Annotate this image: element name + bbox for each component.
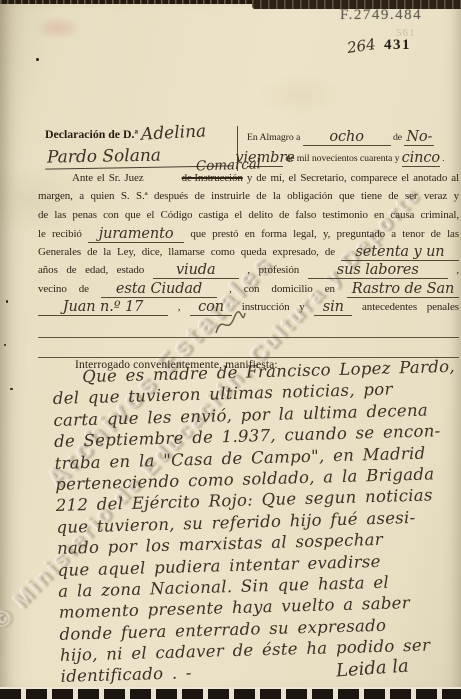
handwritten-text: viuda xyxy=(176,264,216,278)
handwritten-folio-number: 264 xyxy=(346,35,377,57)
blank-rule-line xyxy=(38,338,459,358)
printed-text: le recibió xyxy=(38,228,88,240)
ink-speck xyxy=(6,300,8,303)
struck-text: Comarcalde Instrucción xyxy=(148,172,243,184)
printed-text: , xyxy=(168,301,190,313)
handwritten-text: juramento xyxy=(99,228,174,242)
declarant-first-name: Adelina xyxy=(141,121,207,144)
printed-text: y de mí, el Secretario, comparece el ano… xyxy=(243,172,459,184)
handwritten-text: setenta y un xyxy=(355,246,444,260)
printed-text: , profesión xyxy=(239,264,308,276)
form-line: vecino de esta Ciudad , con domicilio en… xyxy=(38,282,459,300)
month-start-fill: No- xyxy=(404,131,434,146)
handwritten-fill: Juan n.º 17 xyxy=(38,301,168,316)
handwritten-correction: Comarcal xyxy=(161,156,260,175)
form-line: le recibió juramento que prestó en forma… xyxy=(38,227,459,245)
printed-folio-number: 431 xyxy=(384,37,411,54)
archive-reference-stamp: F.2749.484 xyxy=(340,7,422,24)
handwritten-text: sin xyxy=(323,301,344,315)
form-line: años de edad, estado viuda , profesión s… xyxy=(38,263,459,281)
ink-mark xyxy=(212,306,248,340)
year-word-fill: cinco xyxy=(402,152,440,167)
form-line: de las penas con que el Código castiga e… xyxy=(38,209,459,227)
scanned-document-page: Archivos Estatales © Ministerio de Educa… xyxy=(0,0,461,699)
date-mid-text: de xyxy=(393,132,402,143)
place-text: En Almagro a xyxy=(247,132,300,143)
year-printed-text: de mil novecientos cuarenta y xyxy=(285,153,399,164)
handwritten-text: sus labores xyxy=(337,264,419,278)
form-paragraph: Ante el Sr. Juez Comarcalde Instrucción … xyxy=(38,172,459,358)
handwritten-fill: sus labores xyxy=(308,264,448,279)
period: . xyxy=(442,153,444,164)
printed-text: años de edad, estado xyxy=(38,264,153,276)
printed-text: vecino de xyxy=(38,283,101,295)
handwritten-text: esta Ciudad xyxy=(116,283,202,297)
date-line-2: viembre de mil novecientos cuarenta y ci… xyxy=(247,148,459,169)
blank-rule-line xyxy=(38,318,459,338)
printed-text: Generales de la Ley, dice, llamarse como… xyxy=(38,246,341,258)
declaration-label: Declaración de D.ª xyxy=(45,127,138,141)
testimony-text: Que es madre de Francisco Lopez Pardo,de… xyxy=(52,357,461,689)
form-line: margen, a quien S. S.ª después de instru… xyxy=(38,190,459,208)
form-line: Ante el Sr. Juez Comarcalde Instrucción … xyxy=(38,172,459,190)
printed-text: de las penas con que el Código castiga e… xyxy=(38,209,459,221)
printed-text: margen, a quien S. S.ª después de instru… xyxy=(38,190,459,202)
handwritten-fill: Rastro de San xyxy=(347,283,459,298)
handwritten-fill: juramento xyxy=(88,228,184,243)
printed-text: , xyxy=(448,264,459,276)
printed-text: que prestó en forma legal, y, preguntado… xyxy=(184,228,459,240)
film-edge-bottom xyxy=(0,687,461,699)
handwritten-fill: esta Ciudad xyxy=(101,283,217,298)
printed-text: Ante el Sr. Juez xyxy=(72,172,148,184)
ink-speck xyxy=(36,58,39,61)
handwritten-text: Juan n.º 17 xyxy=(63,301,143,315)
handwritten-fill: setenta y un xyxy=(341,246,459,261)
ink-speck xyxy=(4,344,6,346)
form-line: Juan n.º 17 , con instrucción y sin ante… xyxy=(38,300,459,318)
handwritten-fill: viuda xyxy=(153,264,239,279)
handwritten-text: Rastro de San xyxy=(352,283,455,297)
date-place-block: En Almagro a ocho de No- viembre de mil … xyxy=(247,127,459,169)
handwritten-fill: sin xyxy=(314,301,352,316)
printed-text: , con domicilio en xyxy=(217,283,347,295)
ink-speck xyxy=(10,388,13,390)
printed-text: antecedentes penales xyxy=(352,301,459,313)
date-line-1: En Almagro a ocho de No- xyxy=(247,127,459,148)
form-line: Generales de la Ley, dice, llamarse como… xyxy=(38,245,459,263)
day-fill: ocho xyxy=(303,131,391,146)
